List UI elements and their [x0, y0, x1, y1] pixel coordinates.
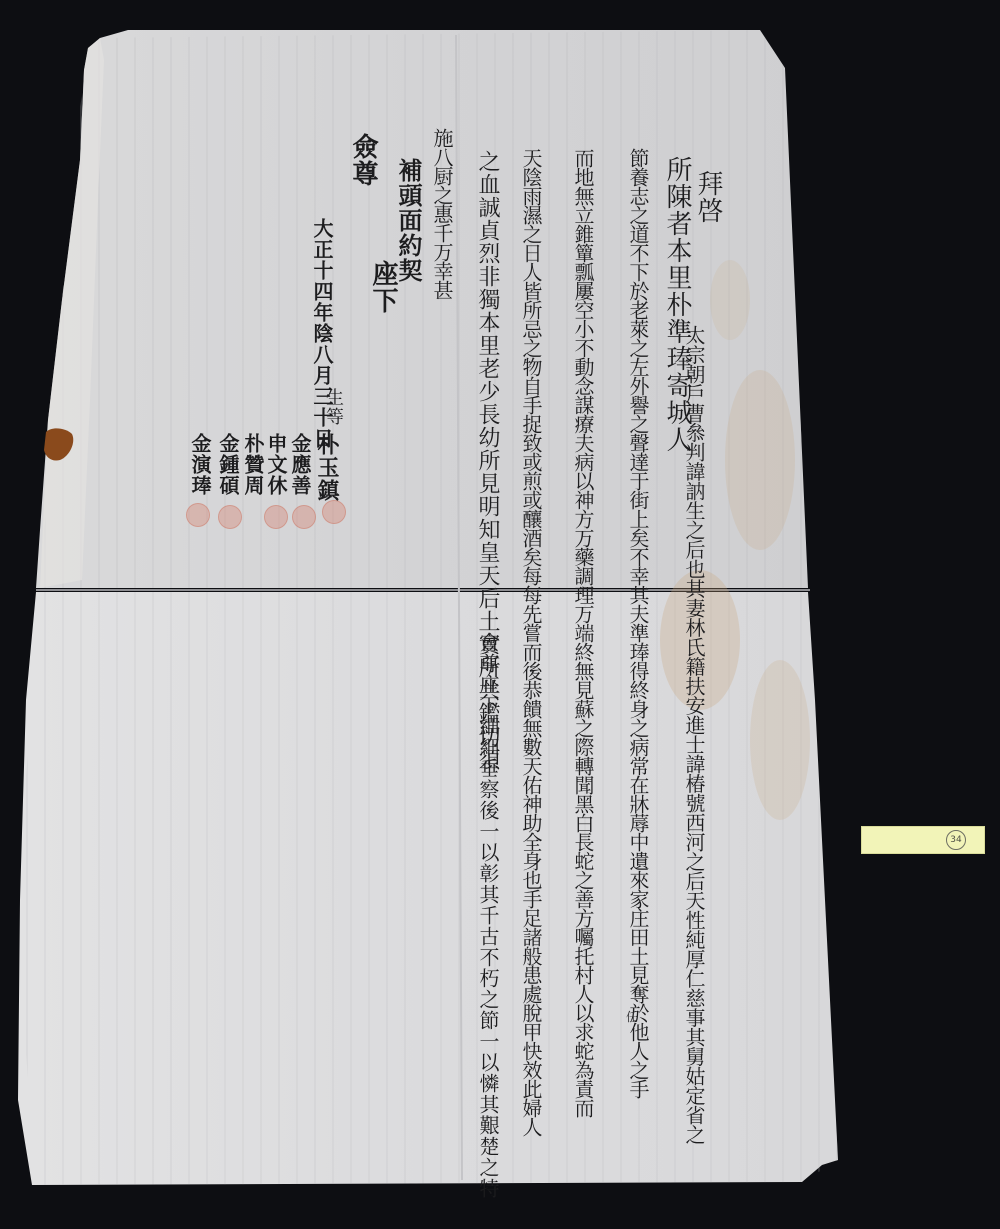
text-column-heading: 拜啓: [695, 170, 721, 224]
signatory-6: 金演琫: [190, 433, 210, 496]
addressee-honorific: 僉尊: [350, 133, 376, 187]
text-column-8: 施八厨之惠千万幸甚: [432, 128, 452, 299]
seal-stamp: [264, 505, 288, 529]
document-photo: 拜啓 所陳者本里朴準琫寄城人 太宗朝戶曹叅判諱訥生之后也其妻林氏籍扶安進士諱椿號…: [0, 0, 1000, 1229]
seal-stamp: [186, 503, 210, 527]
text-column-7: 僉尊座下細細垂察後一以彰其千古不朽之節一以憐其艱楚之特: [478, 632, 498, 1199]
signatory-3: 申文休: [266, 433, 286, 496]
text-column-3: 節養志之道不下於老萊之左外譽之聲達于街上矣不幸其夫準琫得終身之病常在牀蓐中遺來家…: [628, 148, 648, 1098]
text-column-2: 太宗朝戶曹叅判諱訥生之后也其妻林氏籍扶安進士諱椿號西河之后天性純厚仁慈事其舅姑定…: [684, 325, 704, 1144]
signatory-5: 金鍾碩: [218, 433, 238, 496]
text-column-9: 補頭面約契: [396, 158, 420, 283]
seal-stamp: [218, 505, 242, 529]
catalog-tag: 34: [861, 826, 985, 854]
signatory-1: 朴玉鎮: [316, 433, 338, 502]
text-column-4: 而地無立錐簞瓢屢空小不動念謀療夫病以神方万藥調理万端終無見蘇之際轉聞黑白長蛇之善…: [573, 148, 593, 1117]
signatory-4: 朴贊周: [243, 433, 263, 496]
signatory-2: 金應善: [290, 433, 310, 496]
margin-annotation: 任: [626, 1008, 638, 1025]
signatories-label: 生等: [324, 388, 342, 426]
text-column-5: 天陰雨濕之日人皆所忌之物自手捉致或煎或釀酒矣每每先嘗而後恭饋無數天佑神助全身也手…: [521, 148, 541, 1136]
catalog-number: 34: [946, 830, 966, 850]
paper-sheet: [0, 0, 1000, 1229]
seal-stamp: [292, 505, 316, 529]
seal-stamp: [322, 500, 346, 524]
addressee-seat: 座下: [370, 260, 396, 314]
